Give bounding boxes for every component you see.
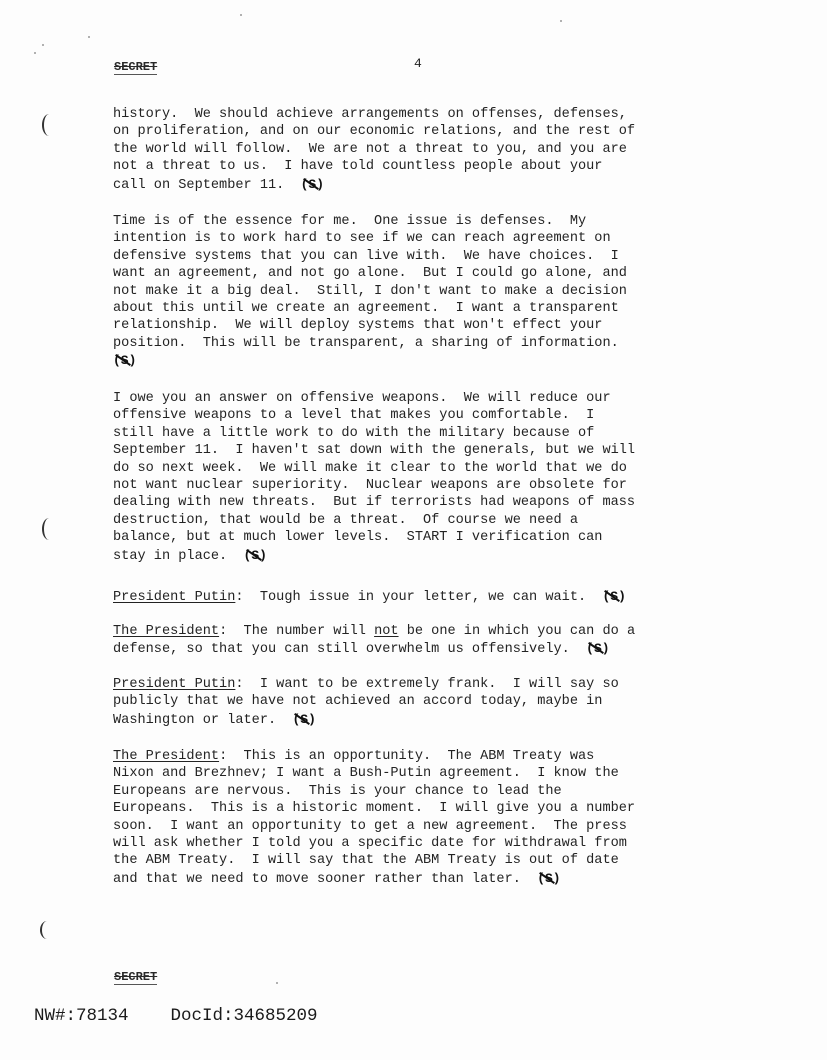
margin-bracket-mark [42,518,56,540]
text-line: intention is to work hard to see if we c… [113,231,611,246]
document-page: SECRET 4 history. We should achieve arra… [0,0,827,1060]
speaker-label: President Putin [113,677,235,692]
document-identifiers: NW#:78134 DocId:34685209 [34,1006,318,1026]
scan-speck [88,36,90,38]
text-line: relationship. We will deploy systems tha… [113,318,602,333]
paragraph: history. We should achieve arrangements … [113,106,733,194]
text-line: do so next week. We will make it clear t… [113,461,627,476]
doc-id: DocId:34685209 [171,1006,318,1026]
text-line: offensive weapons to a level that makes … [113,408,594,423]
text-line: : I want to be extremely frank. I will s… [235,677,618,692]
classification-portion-mark: (S) [244,547,267,564]
text-line: position. This will be transparent, a sh… [113,336,619,351]
classification-marking-top: SECRET [114,61,157,75]
classification-marking-bottom: SECRET [114,971,157,985]
text-line: the world will follow. We are not a thre… [113,142,627,157]
dialogue-paragraph: President Putin: I want to be extremely … [113,676,733,729]
text-line: : Tough issue in your letter, we can wai… [235,590,602,605]
text-line: the ABM Treaty. I will say that the ABM … [113,853,619,868]
scan-speck [560,20,562,22]
text-line: defense, so that you can still overwhelm… [113,642,586,657]
text-fragment: be one in which you can do a [399,624,636,639]
classification-portion-mark: (S) [602,588,625,605]
text-line: destruction, that would be a threat. Of … [113,513,578,528]
text-line: and that we need to move sooner rather t… [113,872,537,887]
classification-portion-mark: (S) [537,870,560,887]
speaker-label: The President [113,749,219,764]
text-line: publicly that we have not achieved an ac… [113,694,602,709]
text-line: Washington or later. [113,713,292,728]
paragraph: I owe you an answer on offensive weapons… [113,390,733,565]
text-line: Time is of the essence for me. One issue… [113,214,586,229]
text-line: on proliferation, and on our economic re… [113,124,635,139]
text-line: stay in place. [113,549,244,564]
dialogue-paragraph: President Putin: Tough issue in your let… [113,588,733,606]
text-line: not want nuclear superiority. Nuclear we… [113,478,627,493]
classification-portion-mark: (S) [301,176,324,193]
dialogue-paragraph: The President: The number will not be on… [113,623,733,659]
text-line: about this until we create an agreement.… [113,301,619,316]
page-number: 4 [414,56,422,71]
text-line: call on September 11. [113,178,301,193]
classification-portion-mark: (S) [292,711,315,728]
text-line: Europeans are nervous. This is your chan… [113,784,562,799]
paragraph: Time is of the essence for me. One issue… [113,213,733,371]
text-line: want an agreement, and not go alone. But… [113,266,627,281]
text-line: : This is an opportunity. The ABM Treaty… [219,749,594,764]
text-line: September 11. I haven't sat down with th… [113,443,635,458]
text-line: not a threat to us. I have told countles… [113,159,602,174]
text-line: dealing with new threats. But if terrori… [113,495,635,510]
text-line: Europeans. This is a historic moment. I … [113,801,635,816]
text-line: Nixon and Brezhnev; I want a Bush-Putin … [113,766,619,781]
classification-portion-mark: (S) [586,640,609,657]
text-line: still have a little work to do with the … [113,426,594,441]
text-line: history. We should achieve arrangements … [113,107,627,122]
text-fragment: : The number will [219,624,374,639]
text-line: will ask whether I told you a specific d… [113,836,627,851]
scan-speck [34,52,36,54]
text-line: I owe you an answer on offensive weapons… [113,391,611,406]
emphasis-text: not [374,624,398,639]
scan-speck [240,14,242,16]
scan-speck [276,982,278,984]
margin-bracket-mark [42,114,56,136]
speaker-label: President Putin [113,590,235,605]
text-line: defensive systems that you can live with… [113,249,619,264]
classification-portion-mark: (S) [113,352,136,369]
text-line: soon. I want an opportunity to get a new… [113,819,627,834]
margin-bracket-mark [40,921,54,939]
dialogue-paragraph: The President: This is an opportunity. T… [113,748,733,888]
scan-speck [42,44,44,46]
text-line: not make it a big deal. Still, I don't w… [113,284,627,299]
text-line: balance, but at much lower levels. START… [113,530,602,545]
nw-number: NW#:78134 [34,1006,129,1026]
speaker-label: The President [113,624,219,639]
